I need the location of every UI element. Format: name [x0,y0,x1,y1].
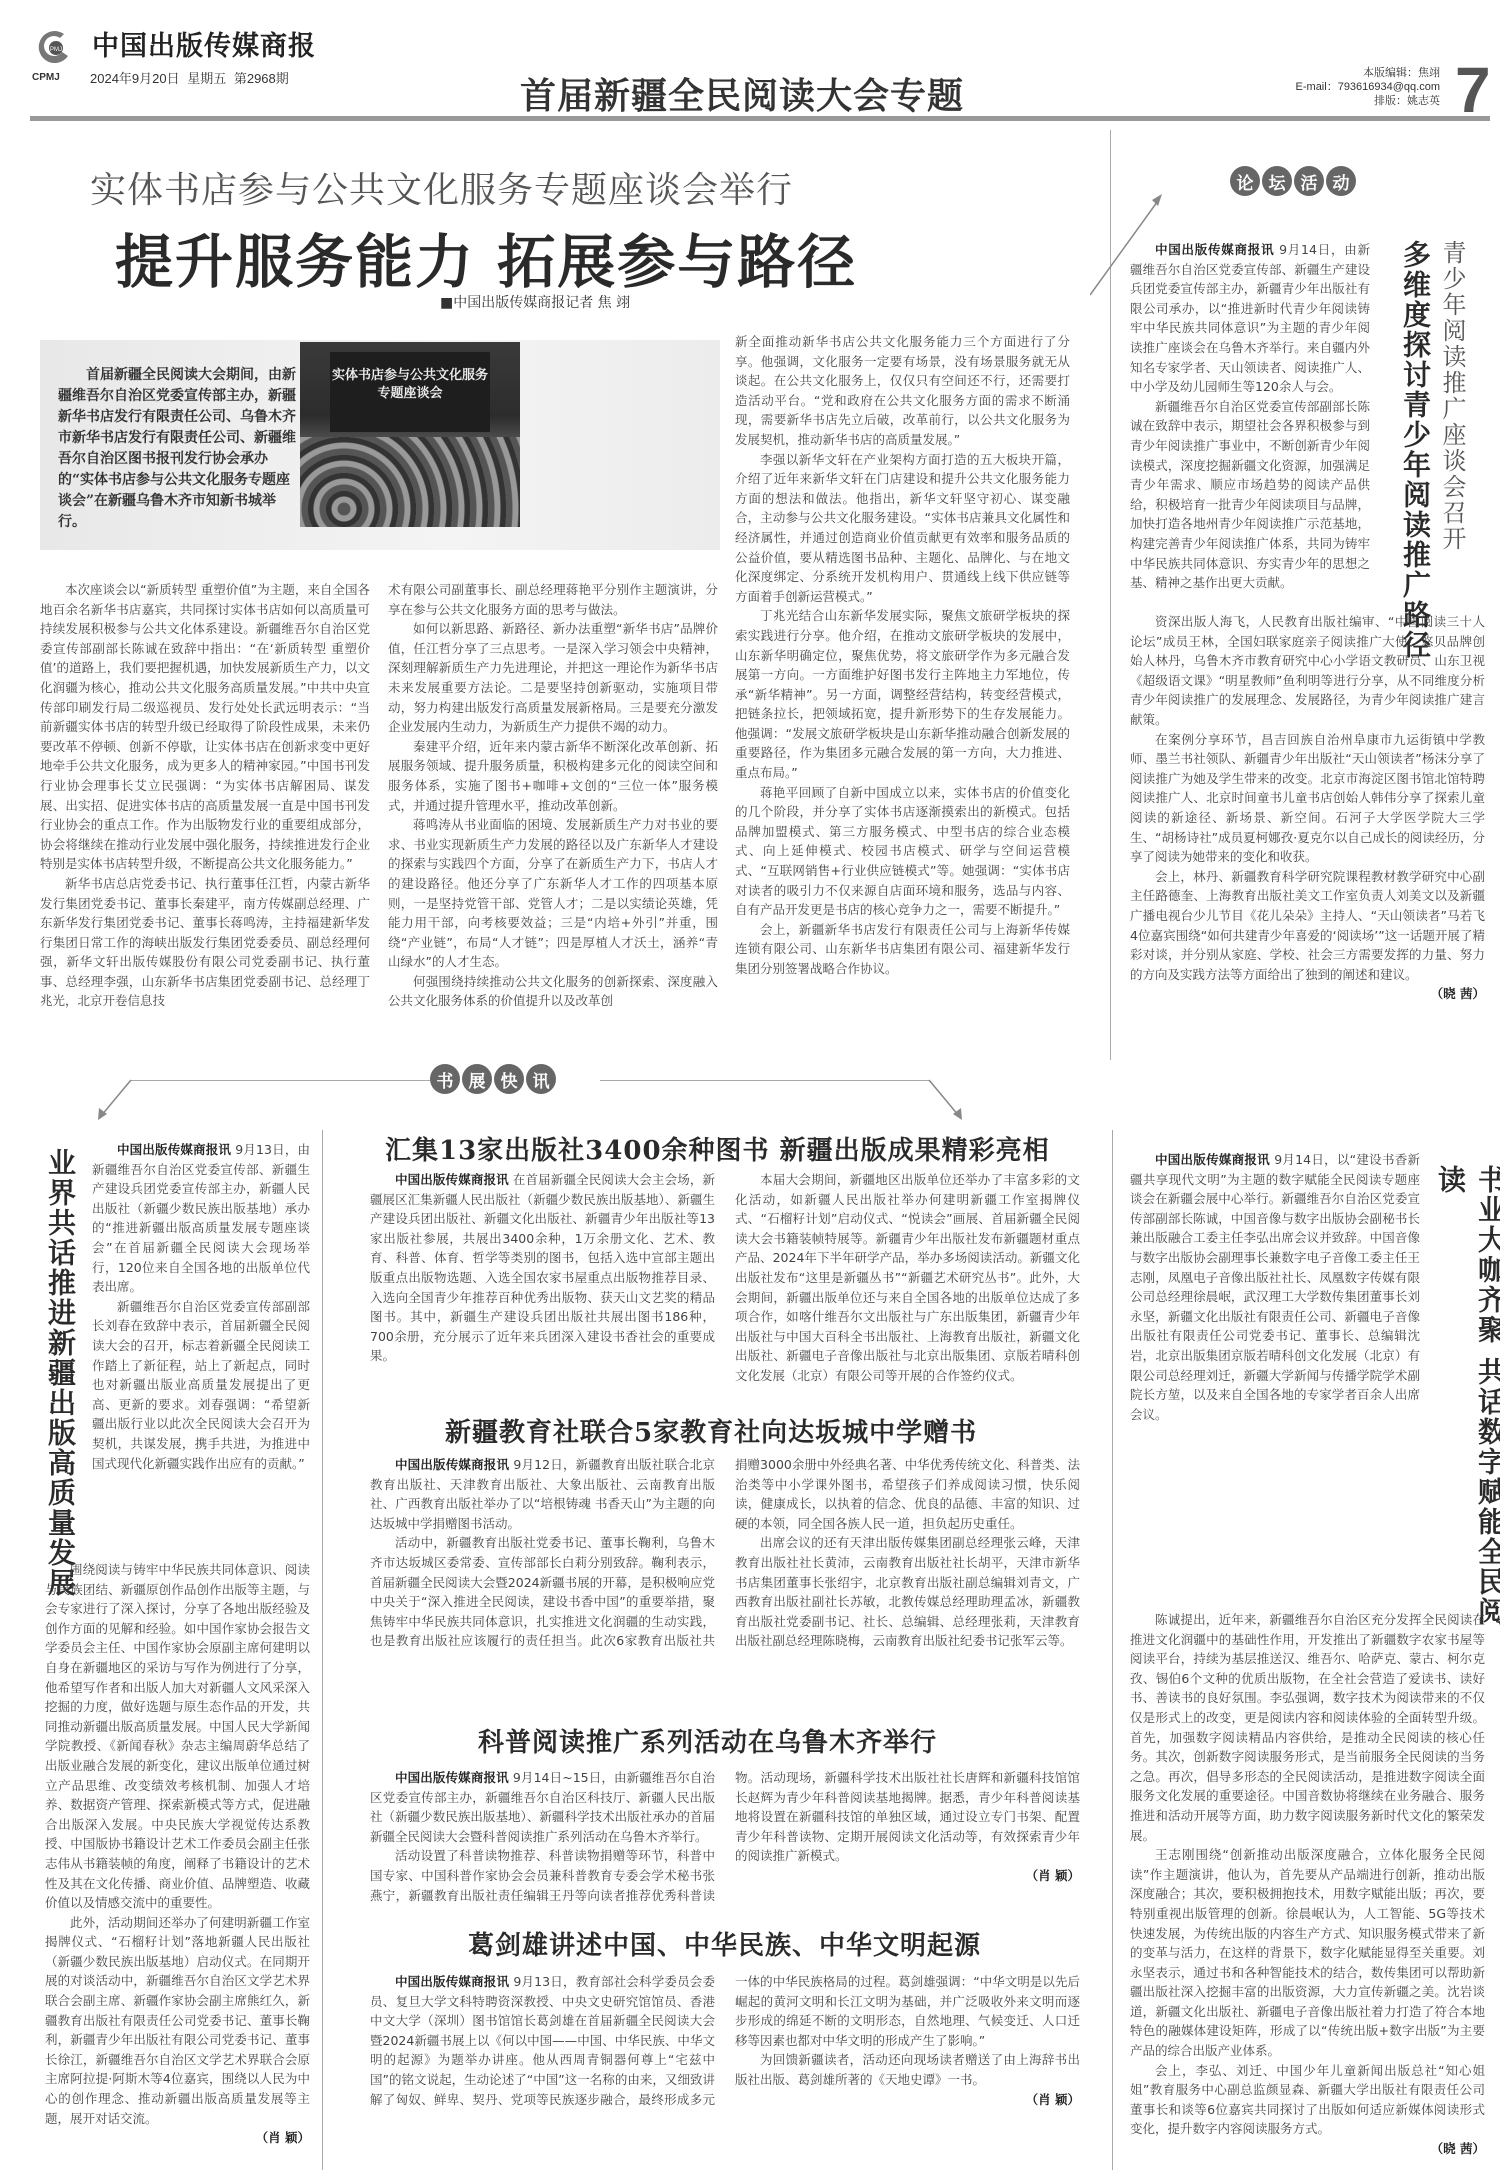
paragraph: 丁兆光结合山东新华发展实际，聚焦文旅研学板块的探索实践进行分享。他介绍，在推动文… [735,606,1070,782]
forum-subtitle: 青少年阅读推广座谈会召开 [1435,240,1470,560]
editor-email: E-mail：793616934@qq.com [1240,80,1440,94]
lead-tag: 中国出版传媒商报讯 [395,1974,509,1989]
event-photo: 实体书店参与公共文化服务 专题座谈会 [300,342,520,527]
arrow-right-icon [925,1078,965,1123]
layout-designer: 排版：姚志英 [1240,94,1440,108]
badge-char: 论 [1230,166,1260,196]
signature: （肖 颖） [735,2090,1080,2110]
signature: （晓 茜） [1130,2139,1485,2159]
paragraph: 中国出版传媒商报讯 9月14日~15日，由新疆维吾尔自治区党委宣传部主办，新疆维… [370,1768,715,1846]
digital-reading-col-bottom: 陈诚提出，近年来，新疆维吾尔自治区充分发挥全民阅读在推进文化润疆中的基础性作用，… [1130,1610,1485,2170]
column-divider [1112,1130,1113,2170]
lead-tag: 中国出版传媒商报讯 [1155,1152,1270,1167]
signature: （肖 颖） [735,1866,1080,1886]
column-divider [322,1130,323,2170]
newspaper-logo-icon: PMJ [34,28,74,68]
issue-date-line: 2024年9月20日 星期五 第2968期 [90,68,289,87]
paragraph: 中国出版传媒商报讯 在首届新疆全民阅读大会主会场，新疆展区汇集新疆人民出版社（新… [370,1170,715,1366]
photo-screen-title: 实体书店参与公共文化服务 专题座谈会 [330,367,490,403]
paragraph: 新华书店总店党委书记、执行董事任江哲，内蒙古新华发行集团党委书记、董事长秦建平，… [40,874,370,1011]
paragraph: 何强围绕持续推动公共文化服务的创新探索、深度融入公共文化服务体系的价值提升以及改… [388,972,718,1011]
paragraph: 会上，新疆新华书店发行有限责任公司与上海新华传媒连锁有限公司、山东新华书店集团有… [735,920,1070,979]
main-byline: ■中国出版传媒商报记者 焦 翊 [440,292,630,312]
intro-text: 首届新疆全民阅读大会期间，由新疆维吾尔自治区党委宣传部主办，新疆新华书店发行有限… [58,365,303,533]
paragraph: 资深出版人海飞，人民教育出版社编审、“中国阅读三十人论坛”成员王林，全国妇联家庭… [1130,612,1485,730]
page-number: 7 [1455,60,1491,120]
forum-col-top: 中国出版传媒商报讯 9月14日，由新疆维吾尔自治区党委宣传部、新疆生产建设兵团党… [1130,240,1370,620]
paragraph: 本次座谈会以“新质转型 重塑价值”为主题，来自全国各地百余名新华书店嘉宾，共同探… [40,580,370,874]
paragraph: 此外，活动期间还举办了何建明新疆工作室揭牌仪式、“石榴籽计划”落地新疆人民出版社… [45,1913,310,2129]
main-col-3: 新全面推动新华书店公共文化服务能力三个方面进行了分享。他强调，文化服务一定要有场… [735,332,1070,1042]
arrow-left-icon [95,1078,135,1123]
paragraph: 中国出版传媒商报讯 9月14日，由新疆维吾尔自治区党委宣传部、新疆生产建设兵团党… [1130,240,1370,397]
paragraph: 会上，林丹、新疆教育科学研究院课程教材教学研究中心副主任路德奎、上海教育出版社美… [1130,867,1485,985]
lead-tag: 中国出版传媒商报讯 [395,1770,509,1785]
ge-jianxiong-title: 葛剑雄讲述中国、中华民族、中华文明起源 [468,1925,981,1962]
book-fair-badge: 书 展 快 讯 [430,1064,556,1094]
science-reading-body: 中国出版传媒商报讯 9月14日~15日，由新疆维吾尔自治区党委宣传部主办，新疆维… [370,1768,1080,1908]
digital-reading-col-top: 中国出版传媒商报讯 9月14日，以“建设书香新疆共享现代文明”为主题的数字赋能全… [1130,1150,1420,1660]
badge-char: 展 [462,1064,492,1094]
paragraph: 秦建平介绍，近年来内蒙古新华不断深化改革创新、拓展服务领域、提升服务质量，积极构… [388,737,718,815]
paragraph: 新疆维吾尔自治区党委宣传部副部长陈诚在致辞中表示，期望社会各界积极参与到青少年阅… [1130,397,1370,593]
badge-char: 动 [1326,166,1356,196]
education-donation-title: 新疆教育社联合5家教育社向达坂城中学赠书 [445,1412,977,1449]
paragraph: 中国出版传媒商报讯 9月12日，新疆教育出版社联合北京教育出版社、天津教育出版社… [370,1455,715,1533]
badge-char: 活 [1294,166,1324,196]
paragraph: 新全面推动新华书店公共文化服务能力三个方面进行了分享。他强调，文化服务一定要有场… [735,332,1070,450]
forum-col-bottom: 资深出版人海飞，人民教育出版社编审、“中国阅读三十人论坛”成员王林，全国妇联家庭… [1130,612,1485,1072]
education-donation-body: 中国出版传媒商报讯 9月12日，新疆教育出版社联合北京教育出版社、天津教育出版社… [370,1455,1080,1670]
paragraph: 蒋鸣涛从书业面临的困境、发展新质生产力对书业的要求、书业实现新质生产力发展的路径… [388,815,718,972]
badge-line-left [130,1080,430,1081]
logo-text: CPMJ [32,72,60,83]
badge-char: 讯 [526,1064,556,1094]
lead-tag: 中国出版传媒商报讯 [117,1142,231,1157]
editor-name: 本版编辑：焦翊 [1240,66,1440,80]
paragraph: 会上，李弘、刘迁、中国少年儿童新闻出版总社“知心姐姐”教育服务中心副总监颜显森、… [1130,2061,1485,2139]
lead-tag: 中国出版传媒商报讯 [395,1172,509,1187]
industry-talk-col-top: 中国出版传媒商报讯 9月13日，由新疆维吾尔自治区党委宣传部、新疆生产建设兵团党… [92,1140,310,1570]
badge-char: 坛 [1262,166,1292,196]
paragraph: 围绕阅读与铸牢中华民族共同体意识、阅读与民族团结、新疆原创作品创作出版等主题，与… [45,1560,310,1913]
masthead-rule [30,116,1490,121]
paragraph: 中国出版传媒商报讯 9月13日，由新疆维吾尔自治区党委宣传部、新疆生产建设兵团党… [92,1140,310,1297]
science-reading-title: 科普阅读推广系列活动在乌鲁木齐举行 [478,1722,937,1759]
book-fair-title: 汇集13家出版社3400余种图书 新疆出版成果精彩亮相 [385,1130,1050,1167]
industry-talk-col-bottom: 围绕阅读与铸牢中华民族共同体意识、阅读与民族团结、新疆原创作品创作出版等主题，与… [45,1560,310,2160]
book-fair-body: 中国出版传媒商报讯 在首届新疆全民阅读大会主会场，新疆展区汇集新疆人民出版社（新… [370,1170,1080,1405]
main-col-1: 本次座谈会以“新质转型 重塑价值”为主题，来自全国各地百余名新华书店嘉宾，共同探… [40,580,370,1050]
paragraph: 王志刚围绕“创新推动出版深度融合，立体化服务全民阅读”作主题演讲，他认为，首先要… [1130,1845,1485,2061]
signature: （晓 茜） [1130,984,1485,1004]
ge-jianxiong-body: 中国出版传媒商报讯 9月13日，教育部社会科学委员会委员、复旦大学文科特聘资深教… [370,1972,1080,2172]
newspaper-name: 中国出版传媒商报 [92,24,316,63]
paragraph: 在案例分享环节，昌吉回族自治州阜康市九运街镇中学教师、墨兰书社领队、新疆青少年出… [1130,730,1485,867]
badge-line-right [600,1080,930,1081]
signature: （肖 颖） [45,2128,310,2148]
badge-char: 快 [494,1064,524,1094]
paragraph: 陈诚提出，近年来，新疆维吾尔自治区充分发挥全民阅读在推进文化润疆中的基础性作用，… [1130,1610,1485,1845]
main-headline: 提升服务能力 拓展参与路径 [115,215,857,299]
section-title: 首届新疆全民阅读大会专题 [520,68,964,119]
paragraph: 中国出版传媒商报讯 9月14日，以“建设书香新疆共享现代文明”为主题的数字赋能全… [1130,1150,1420,1424]
lead-tag: 中国出版传媒商报讯 [395,1457,509,1472]
photo-audience [300,437,520,527]
digital-reading-title: 书业大咖齐聚 共话数字赋能全民阅读 [1430,1165,1500,1645]
paragraph: 本届大会期间，新疆地区出版单位还举办了丰富多彩的文化活动，如新疆人民出版社举办何… [735,1170,1080,1386]
paragraph: 如何以新思路、新路径、新办法重塑“新华书店”品牌价值，任江哲分享了三点思考。一是… [388,619,718,737]
paragraph: 为回馈新疆读者，活动还向现场读者赠送了由上海辞书出版社出版、葛剑雄所著的《天地史… [735,2050,1080,2089]
paragraph: 术有限公司副董事长、副总经理蒋艳平分别作主题演讲，分享在参与公共文化服务方面的思… [388,580,718,619]
paragraph: 蒋艳平回顾了自新中国成立以来，实体书店的价值变化的几个阶段，并分享了实体书店逐渐… [735,783,1070,920]
paragraph: 出席会议的还有天津出版传媒集团副总经理张云峰，天津教育出版社社长黄沛，云南教育出… [735,1533,1080,1651]
main-kicker: 实体书店参与公共文化服务专题座谈会举行 [90,162,793,213]
editor-info: 本版编辑：焦翊 E-mail：793616934@qq.com 排版：姚志英 [1240,66,1440,108]
photo-screen: 实体书店参与公共文化服务 专题座谈会 [330,352,490,432]
badge-char: 书 [430,1064,460,1094]
paragraph: 李强以新华文轩在产业架构方面打造的五大板块开篇，介绍了近年来新华文轩在门店建设和… [735,450,1070,607]
lead-tag: 中国出版传媒商报讯 [1155,242,1274,257]
svg-text:PMJ: PMJ [50,47,62,53]
main-col-2: 术有限公司副董事长、副总经理蒋艳平分别作主题演讲，分享在参与公共文化服务方面的思… [388,580,718,1050]
forum-badge: 论 坛 活 动 [1230,166,1356,196]
paragraph: 新疆维吾尔自治区党委宣传部副部长刘春在致辞中表示，首届新疆全民阅读大会的召开，标… [92,1297,310,1473]
